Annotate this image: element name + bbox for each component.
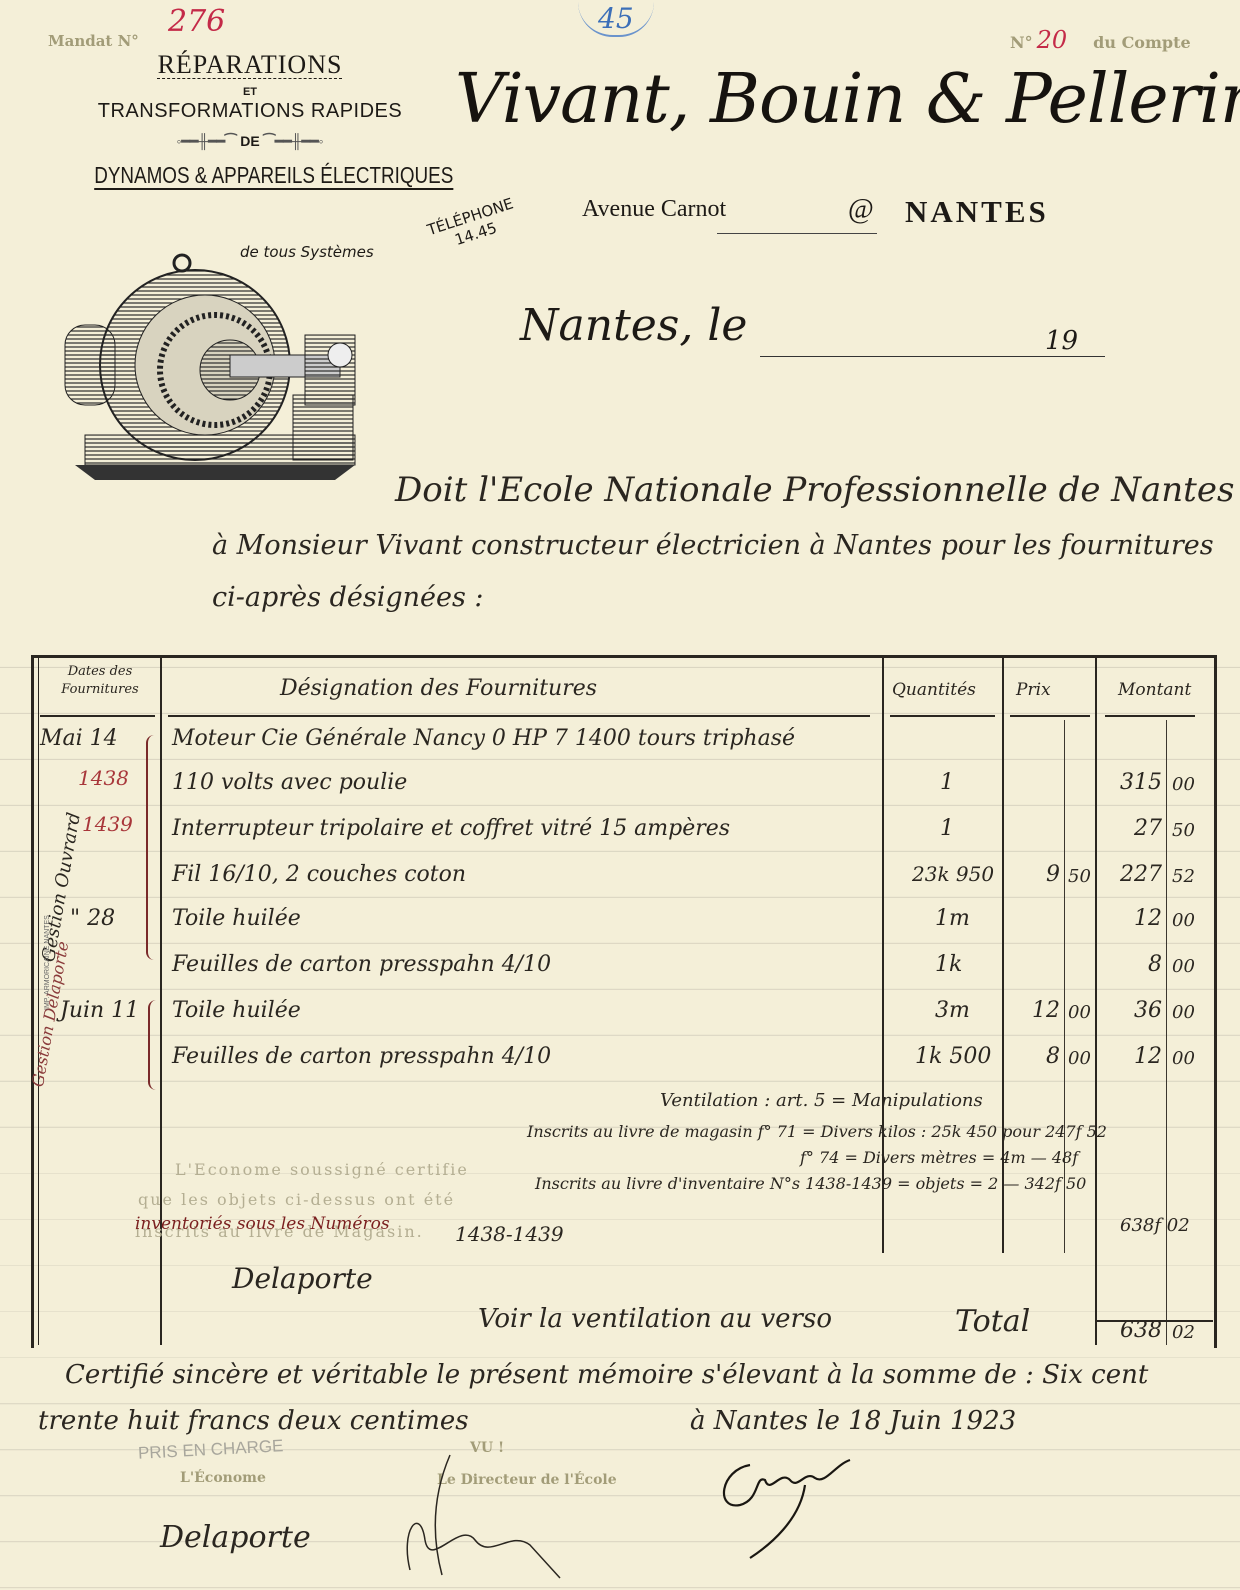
header-dates: Dates des Fournitures <box>42 663 158 699</box>
et-label: ET <box>60 86 440 98</box>
row-montant-francs: 27 <box>1100 816 1162 841</box>
row-prix-francs: 12 <box>1010 998 1060 1023</box>
row-montant-francs: 227 <box>1100 862 1162 887</box>
ventilation-line-3: Inscrits au livre d'inventaire N°s 1438-… <box>535 1174 1086 1193</box>
telephone-block: TÉLÉPHONE 14.45 <box>425 194 521 256</box>
year-prefix: 19 <box>1045 326 1078 356</box>
row-prix-centimes: 00 <box>1068 1048 1091 1069</box>
row-quantite: 1k 500 <box>915 1044 991 1069</box>
econome-stamp-line-2: que les objets ci-dessus ont été <box>138 1190 455 1209</box>
col-divider-prix <box>1095 658 1097 1345</box>
row-prix-francs: 8 <box>1010 1044 1060 1069</box>
row-quantite: 3m <box>935 998 970 1023</box>
compte-stamp: N° 20 du Compte <box>1010 26 1191 54</box>
row-montant-centimes: 00 <box>1172 774 1195 795</box>
econome-label: L'Économe <box>180 1470 266 1486</box>
row-quantite: 1 <box>940 816 954 841</box>
econome-footer-signature: Delaporte <box>160 1520 311 1555</box>
row-montant-centimes: 00 <box>1172 1002 1195 1023</box>
dynamo-illustration <box>55 245 395 485</box>
row-montant-francs: 12 <box>1100 1044 1162 1069</box>
row-montant-centimes: 50 <box>1172 820 1195 841</box>
row-montant-francs: 12 <box>1100 906 1162 931</box>
row-montant-centimes: 00 <box>1172 1048 1195 1069</box>
compte-prefix: N° <box>1010 33 1033 52</box>
row-designation: Moteur Cie Générale Nancy 0 HP 7 1400 to… <box>172 726 795 751</box>
directeur-signature-icon <box>380 1450 570 1580</box>
mandat-stamp: Mandat N° <box>48 32 139 50</box>
header-underline-montant <box>1105 715 1195 717</box>
mandat-number: 276 <box>168 4 225 39</box>
bracket-brace-1 <box>146 735 156 960</box>
company-name: Vivant, Bouin & Pellerin <box>455 60 1240 139</box>
row-montant-francs: 36 <box>1100 998 1162 1023</box>
row-prix-francs: 9 <box>1010 862 1060 887</box>
row-date: Mai 14 <box>40 726 118 751</box>
econome-stamp-line-1: L'Econome soussigné certifie <box>175 1160 469 1179</box>
ornament-line <box>717 233 877 234</box>
econome-overwrite: inventoriés sous les Numéros <box>135 1214 390 1234</box>
row-quantite: 1k <box>935 952 962 977</box>
header-underline-designation <box>168 715 870 717</box>
certification-line-1: Certifié sincère et véritable le présent… <box>65 1360 1148 1390</box>
vendor-signature-icon <box>710 1450 860 1560</box>
compte-number: 20 <box>1037 26 1068 54</box>
row-quantite: 1 <box>940 770 954 795</box>
row-prix-centimes: 50 <box>1068 866 1091 887</box>
row-quantite: 1m <box>935 906 970 931</box>
header-underline-quantite <box>890 715 995 717</box>
frame-inner-line <box>38 658 39 1345</box>
row-designation: Toile huilée <box>172 906 301 931</box>
row-designation: Feuilles de carton presspahn 4/10 <box>172 952 551 977</box>
total-francs: 638 <box>1100 1318 1162 1343</box>
col-divider-date <box>160 658 162 1345</box>
debtor-line-3: ci-après désignées : <box>212 582 484 613</box>
header-underline-prix <box>1010 715 1090 717</box>
transformations-title: TRANSFORMATIONS RAPIDES <box>60 100 440 123</box>
row-montant-francs: 315 <box>1100 770 1162 795</box>
folio-number: 45 <box>578 2 654 37</box>
row-date: " 28 <box>70 906 115 931</box>
header-designation: Désignation des Fournitures <box>280 676 597 701</box>
row-designation: Feuilles de carton presspahn 4/10 <box>172 1044 551 1069</box>
ventilation-line-1: Inscrits au livre de magasin f° 71 = Div… <box>527 1122 1107 1141</box>
header-montant: Montant <box>1118 680 1191 700</box>
row-designation: Toile huilée <box>172 998 301 1023</box>
row-date: Juin 11 <box>60 998 139 1023</box>
row-designation: Fil 16/10, 2 couches coton <box>172 862 466 887</box>
certification-line-2: trente huit francs deux centimes <box>38 1406 469 1436</box>
company-address: Avenue Carnot <box>582 196 726 223</box>
ventilation-line-2: f° 74 = Divers mètres = 4m — 48f <box>800 1148 1078 1167</box>
row-montant-francs: 8 <box>1100 952 1162 977</box>
ventilation-title: Ventilation : art. 5 = Manipulations <box>660 1090 983 1111</box>
header-underline-date <box>40 715 155 717</box>
bracket-brace-2 <box>148 1000 158 1090</box>
row-prix-centimes: 00 <box>1068 1002 1091 1023</box>
letterhead-services: RÉPARATIONS ET TRANSFORMATIONS RAPIDES ◦… <box>60 50 440 189</box>
debtor-line-2: à Monsieur Vivant constructeur électrici… <box>212 530 1214 561</box>
row-designation: 110 volts avec poulie <box>172 770 407 795</box>
header-prix: Prix <box>1016 680 1051 700</box>
date-blank-line <box>760 356 1105 357</box>
econome-signature: Delaporte <box>232 1262 373 1295</box>
row-montant-centimes: 00 <box>1172 956 1195 977</box>
mandat-label: Mandat N° <box>48 32 139 50</box>
ventilation-sum: 638f 02 <box>1120 1215 1190 1236</box>
col-divider-montant-cents <box>1166 720 1167 1345</box>
row-designation: Interrupteur tripolaire et coffret vitré… <box>172 816 730 841</box>
row-montant-centimes: 52 <box>1172 866 1195 887</box>
certification-place-date: à Nantes le 18 Juin 1923 <box>690 1406 1016 1436</box>
econome-inventory-numbers: 1438-1439 <box>455 1222 564 1246</box>
debtor-line-1: Doit l'Ecole Nationale Professionnelle d… <box>395 470 1234 510</box>
place-date-label: Nantes, le <box>520 300 747 351</box>
row-montant-centimes: 00 <box>1172 910 1195 931</box>
dynamos-title: DYNAMOS & APPAREILS ÉLECTRIQUES <box>94 162 406 189</box>
reparations-title: RÉPARATIONS <box>60 50 440 80</box>
row-quantite: 23k 950 <box>912 862 994 886</box>
compte-suffix: du Compte <box>1093 33 1190 52</box>
printer-mark: IMP. ARMORICAINE NANTES <box>44 915 51 1010</box>
total-label: Total <box>955 1304 1030 1339</box>
address-ornament-icon: @ <box>848 194 874 226</box>
de-ornament: ◦━━╫━━⁀ DE ⁀━━╫━━◦ <box>60 133 440 150</box>
inventory-number-1439: 1439 <box>82 812 133 836</box>
total-centimes: 02 <box>1172 1322 1195 1343</box>
header-quantites: Quantités <box>892 680 976 700</box>
inventory-number-1438: 1438 <box>78 766 129 790</box>
company-city: NANTES <box>905 194 1049 230</box>
verso-note: Voir la ventilation au verso <box>478 1304 832 1334</box>
